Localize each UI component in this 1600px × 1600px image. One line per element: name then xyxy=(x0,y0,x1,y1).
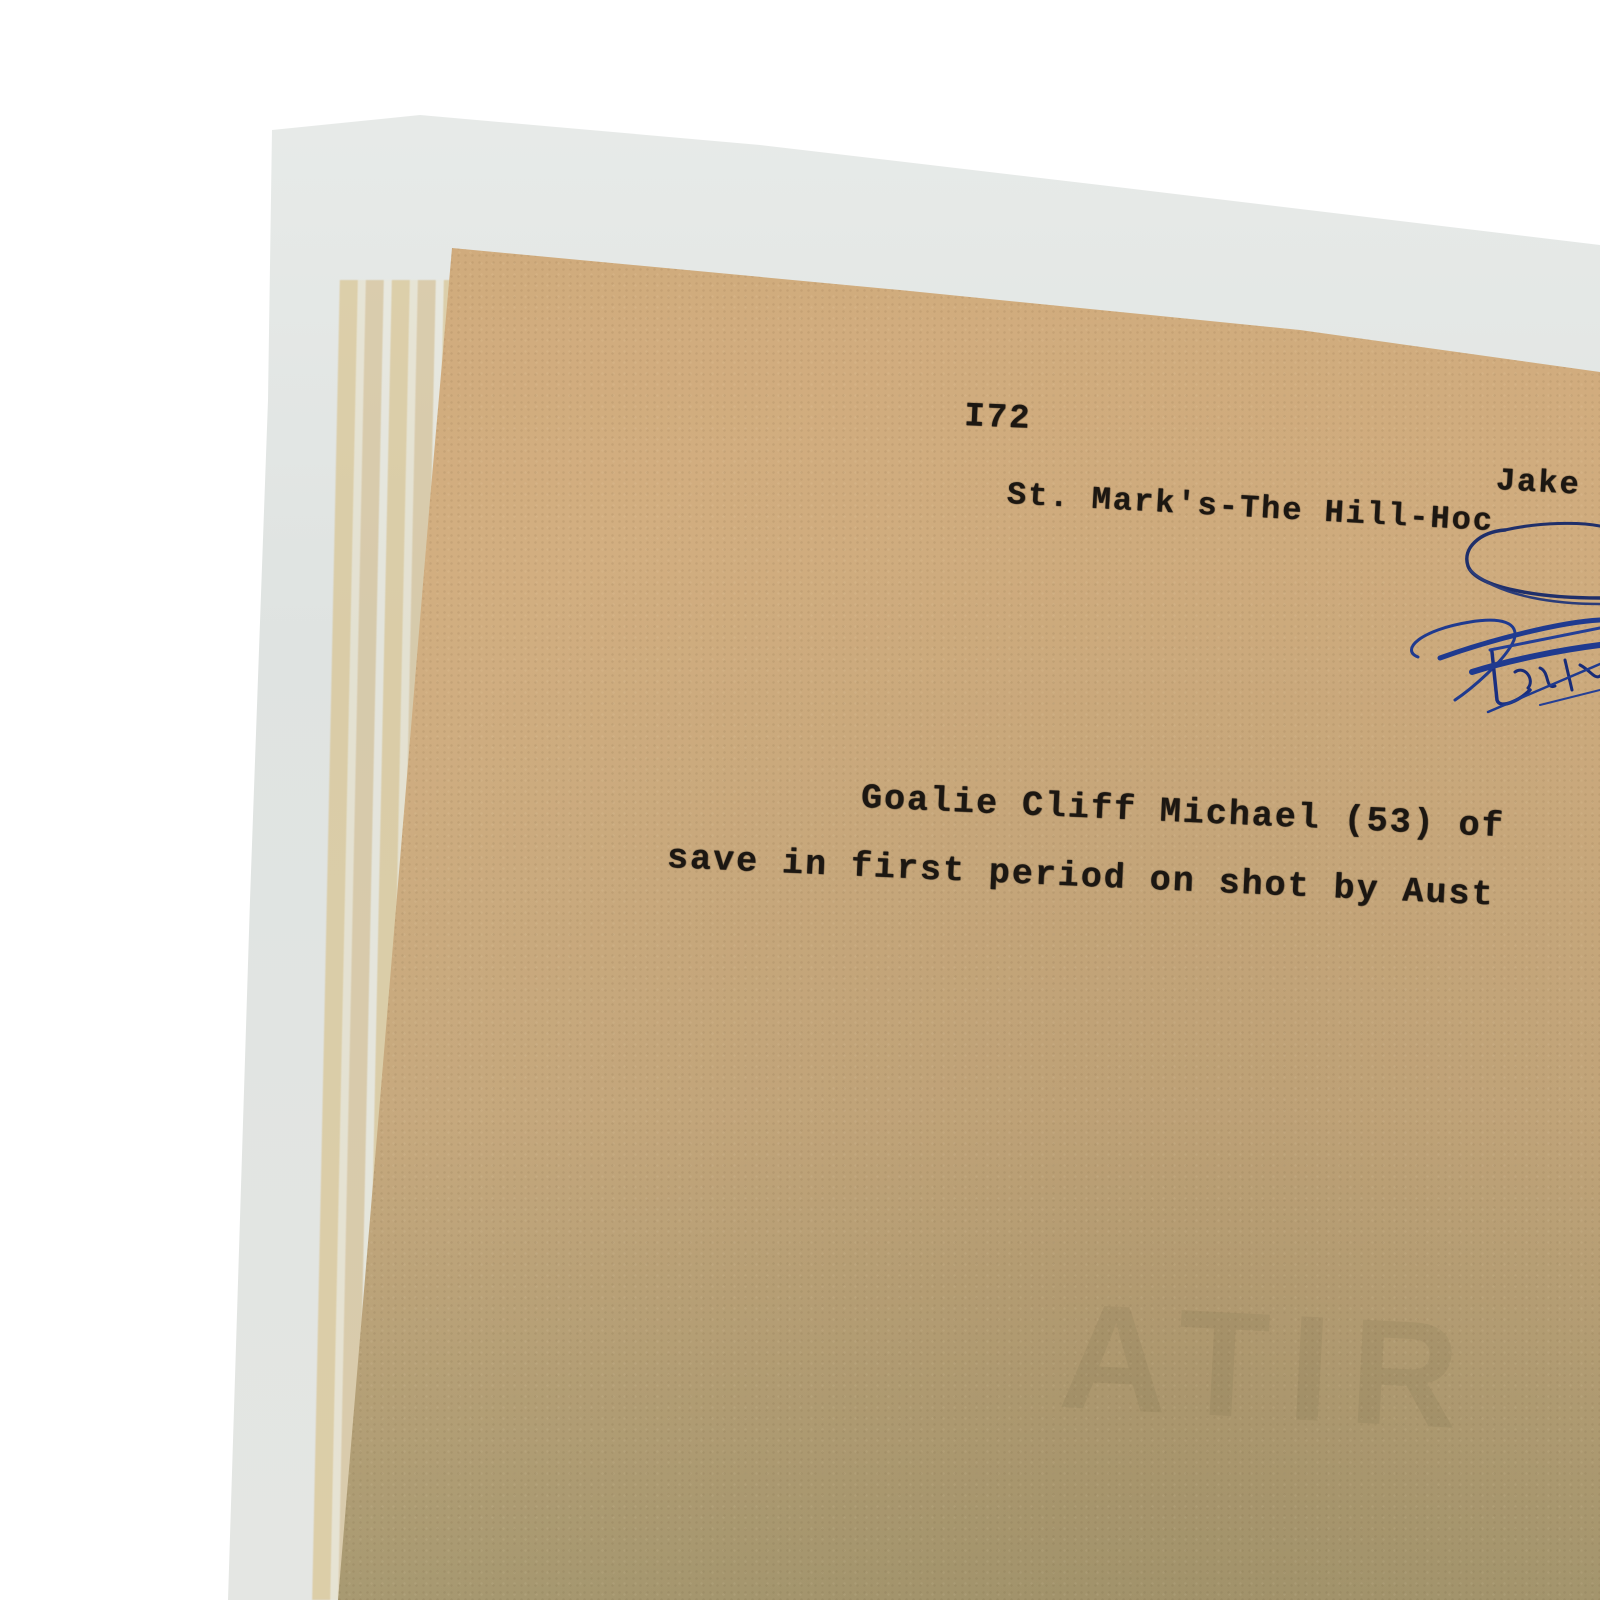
header-right-name: Jake xyxy=(1495,462,1582,504)
photo-of-document: ATIR I72 St. Mark's-The Hill-Hoc Jake Go… xyxy=(0,0,1600,1600)
page-number: I72 xyxy=(963,398,1032,439)
headline-circled-text: -Hoc xyxy=(1408,498,1495,540)
bleed-through-print: ATIR xyxy=(1056,1269,1483,1464)
